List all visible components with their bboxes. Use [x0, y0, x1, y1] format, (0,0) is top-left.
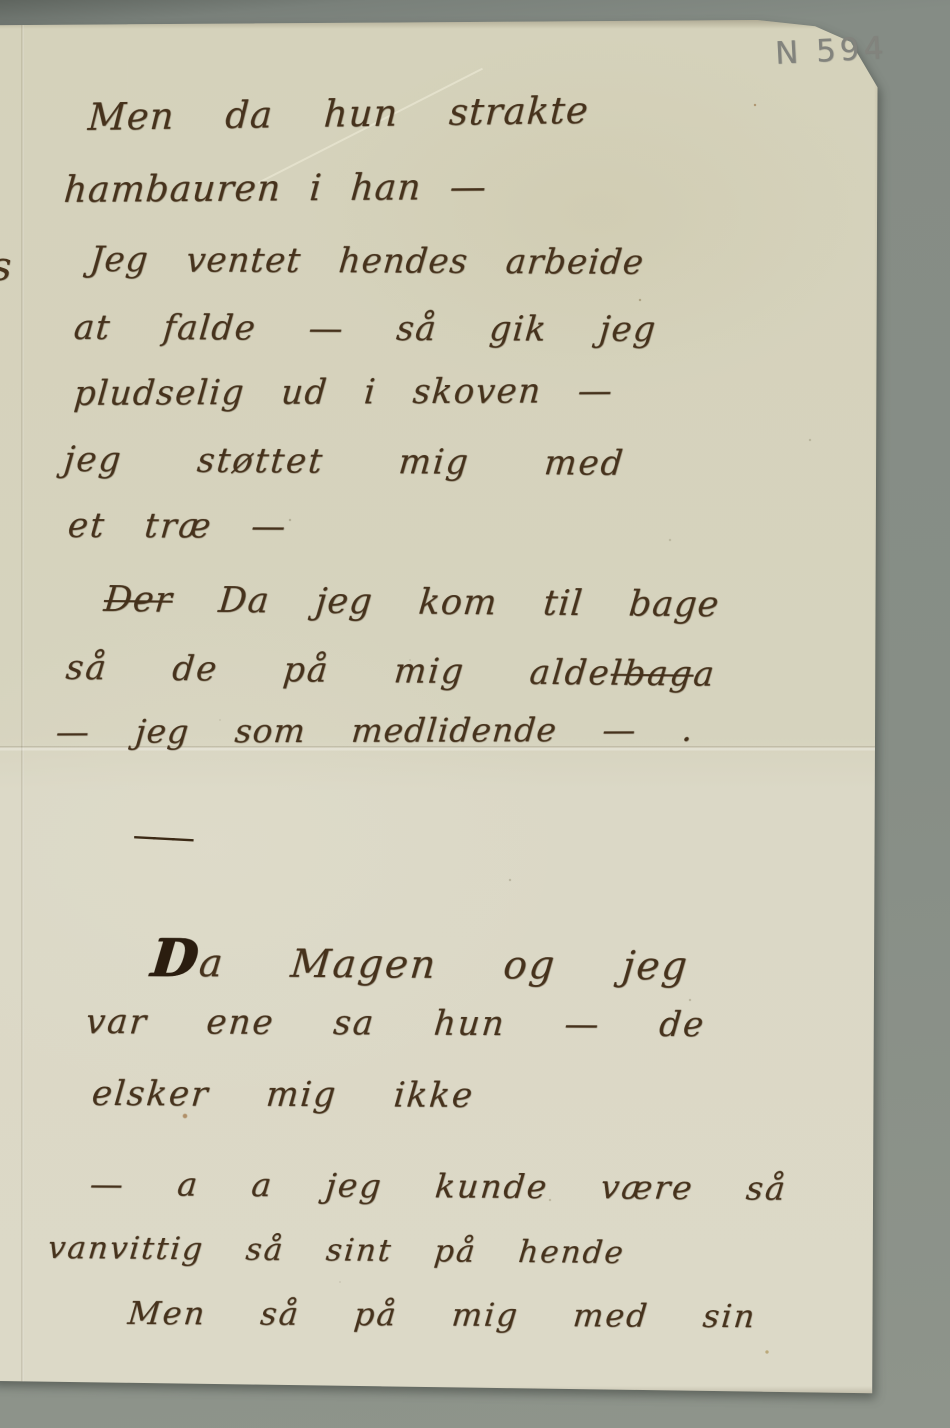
- handwritten-line: at falde — så gik jeg: [72, 308, 658, 350]
- handwritten-line: vanvittig så sint på hende: [46, 1230, 626, 1271]
- handwritten-line: Jeg ventet hendes arbeide: [88, 240, 646, 283]
- handwritten-line: et træ —: [66, 506, 289, 547]
- vertical-fold-crease: [21, 24, 24, 1394]
- handwritten-line: — a a jeg kunde være så: [88, 1164, 789, 1208]
- photo-background: { "photo": { "background_color": "#878e8…: [0, 0, 950, 1428]
- handwritten-line: Da Magen og jeg: [149, 928, 692, 993]
- handwritten-line: elsker mig ikke: [90, 1074, 476, 1116]
- handwritten-line-text: så de på mig alde: [64, 648, 613, 694]
- handwritten-line: var ene sa hun — de: [84, 1002, 707, 1045]
- handwritten-line: Der Da jeg kom til bage: [102, 580, 721, 625]
- strikethrough-text: Der: [102, 580, 174, 621]
- handwritten-line: Men da hun strakte: [87, 89, 590, 139]
- handwritten-line: pludselig ud i skoven —: [72, 371, 615, 414]
- strikethrough-text: lbag: [609, 654, 696, 695]
- handwritten-line: hambauren i han —: [62, 167, 488, 211]
- handwritten-line: så de på mig aldelbaga: [64, 648, 718, 695]
- archive-number-label: N 594: [774, 30, 888, 72]
- handwritten-line-text: a: [691, 655, 717, 695]
- section-divider-stroke: ———: [132, 825, 190, 850]
- handwritten-line: — jeg som medlidende — .: [54, 710, 695, 751]
- handwritten-line: jeg støttet mig med: [62, 440, 626, 484]
- edge-text-fragment: s: [0, 244, 12, 290]
- handwritten-line: Men så på mig med sin: [126, 1294, 758, 1335]
- handwritten-line-text: Da jeg kom til bage: [171, 581, 722, 626]
